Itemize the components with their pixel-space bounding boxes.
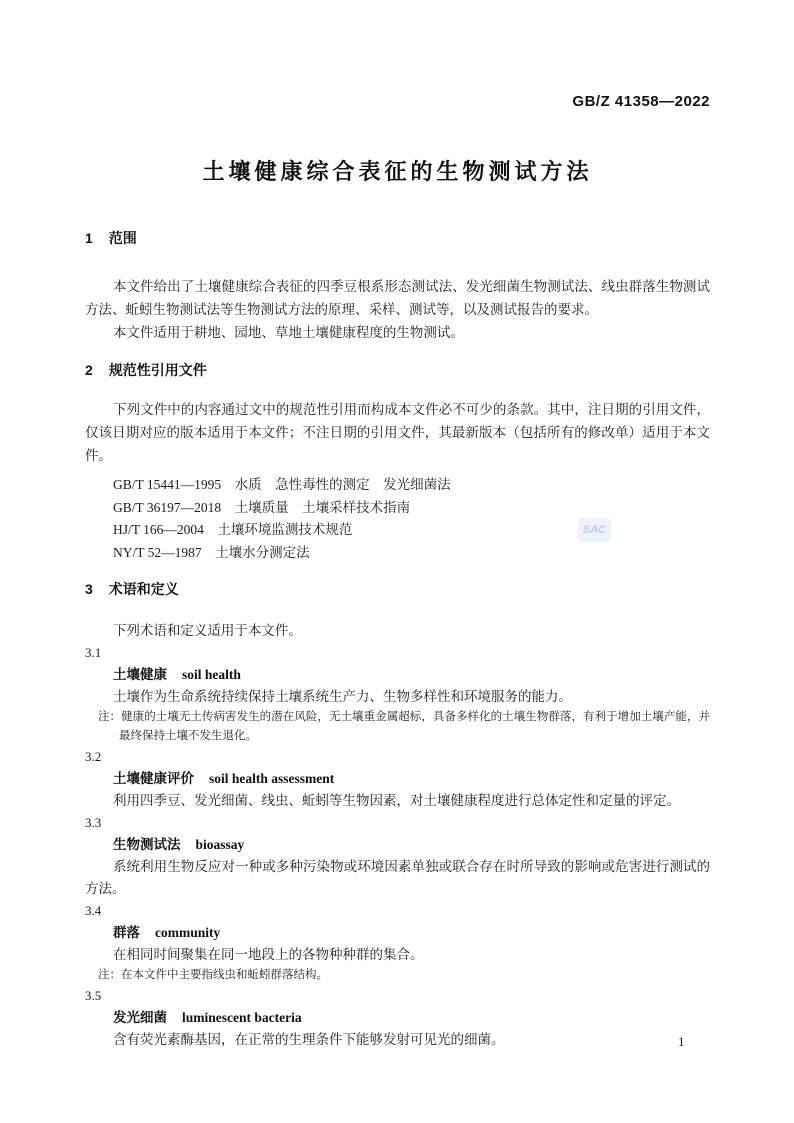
section-1-title: 范围 [109,230,137,246]
term-note: 注：健康的土壤无土传病害发生的潜在风险，无土壤重金属超标，具备多样化的土壤生物群… [98,708,710,746]
section-2-number: 2 [85,361,93,380]
term-name-en: bioassay [196,837,245,852]
document-title: 土壤健康综合表征的生物测试方法 [85,157,710,187]
term-name-en: luminescent bacteria [182,1010,302,1025]
reference-item: GB/T 36197—2018 土壤质量 土壤采样技术指南 [85,497,710,520]
term-definition: 利用四季豆、发光细菌、线虫、蚯蚓等生物因素，对土壤健康程度进行总体定性和定量的评… [85,790,710,812]
term-number: 3.1 [85,642,710,664]
term-name-en: community [155,925,220,940]
term-name-en: soil health [182,667,241,682]
term-title: 土壤健康评价soil health assessment [85,768,710,790]
term-name-zh: 土壤健康评价 [113,771,194,786]
term-definition: 系统利用生物反应对一种或多种污染物或环境因素单独或联合存在时所导致的影响或危害进… [85,856,710,900]
term-number: 3.3 [85,812,710,834]
document-page: GB/Z 41358—2022 土壤健康综合表征的生物测试方法 1范围 本文件给… [0,0,794,1123]
section-2-paragraph-1: 下列文件中的内容通过文中的规范性引用而构成本文件必不可少的条款。其中，注日期的引… [85,398,710,467]
term-name-zh: 群落 [113,925,140,940]
page-number: 1 [678,1033,685,1051]
standard-number: GB/Z 41358—2022 [85,93,710,111]
reference-item: HJ/T 166—2004 土壤环境监测技术规范 [85,519,710,542]
section-1-heading: 1范围 [85,229,710,248]
normative-reference-list: GB/T 15441—1995 水质 急性毒性的测定 发光细菌法 GB/T 36… [85,474,710,564]
term-note: 注：在本文件中主要指线虫和蚯蚓群落结构。 [98,966,710,985]
terms-intro: 下列术语和定义适用于本文件。 [85,619,710,642]
term-title: 群落community [85,922,710,944]
term-definition: 含有荧光素酶基因，在正常的生理条件下能够发射可见光的细菌。 [85,1029,710,1051]
term-name-zh: 土壤健康 [113,667,167,682]
section-1-paragraph-1: 本文件给出了土壤健康综合表征的四季豆根系形态测试法、发光细菌生物测试法、线虫群落… [85,275,710,321]
term-name-en: soil health assessment [209,771,334,786]
term-number: 3.4 [85,900,710,922]
section-3-title: 术语和定义 [109,581,179,597]
term-title: 发光细菌luminescent bacteria [85,1007,710,1029]
term-name-zh: 发光细菌 [113,1010,167,1025]
section-1-paragraph-2: 本文件适用于耕地、园地、草地土壤健康程度的生物测试。 [85,321,710,344]
reference-item: GB/T 15441—1995 水质 急性毒性的测定 发光细菌法 [85,474,710,497]
term-number: 3.2 [85,746,710,768]
term-definition: 土壤作为生命系统持续保持土壤系统生产力、生物多样性和环境服务的能力。 [85,686,710,708]
section-2-title: 规范性引用文件 [109,362,207,378]
term-title: 生物测试法bioassay [85,834,710,856]
section-2-heading: 2规范性引用文件 [85,361,710,380]
reference-item: NY/T 52—1987 土壤水分测定法 [85,542,710,565]
term-title: 土壤健康soil health [85,664,710,686]
section-1-number: 1 [85,229,93,248]
term-number: 3.5 [85,985,710,1007]
term-name-zh: 生物测试法 [113,837,181,852]
term-definition: 在相同时间聚集在同一地段上的各物种种群的集合。 [85,944,710,966]
section-3-number: 3 [85,580,93,599]
section-3-heading: 3术语和定义 [85,580,710,599]
